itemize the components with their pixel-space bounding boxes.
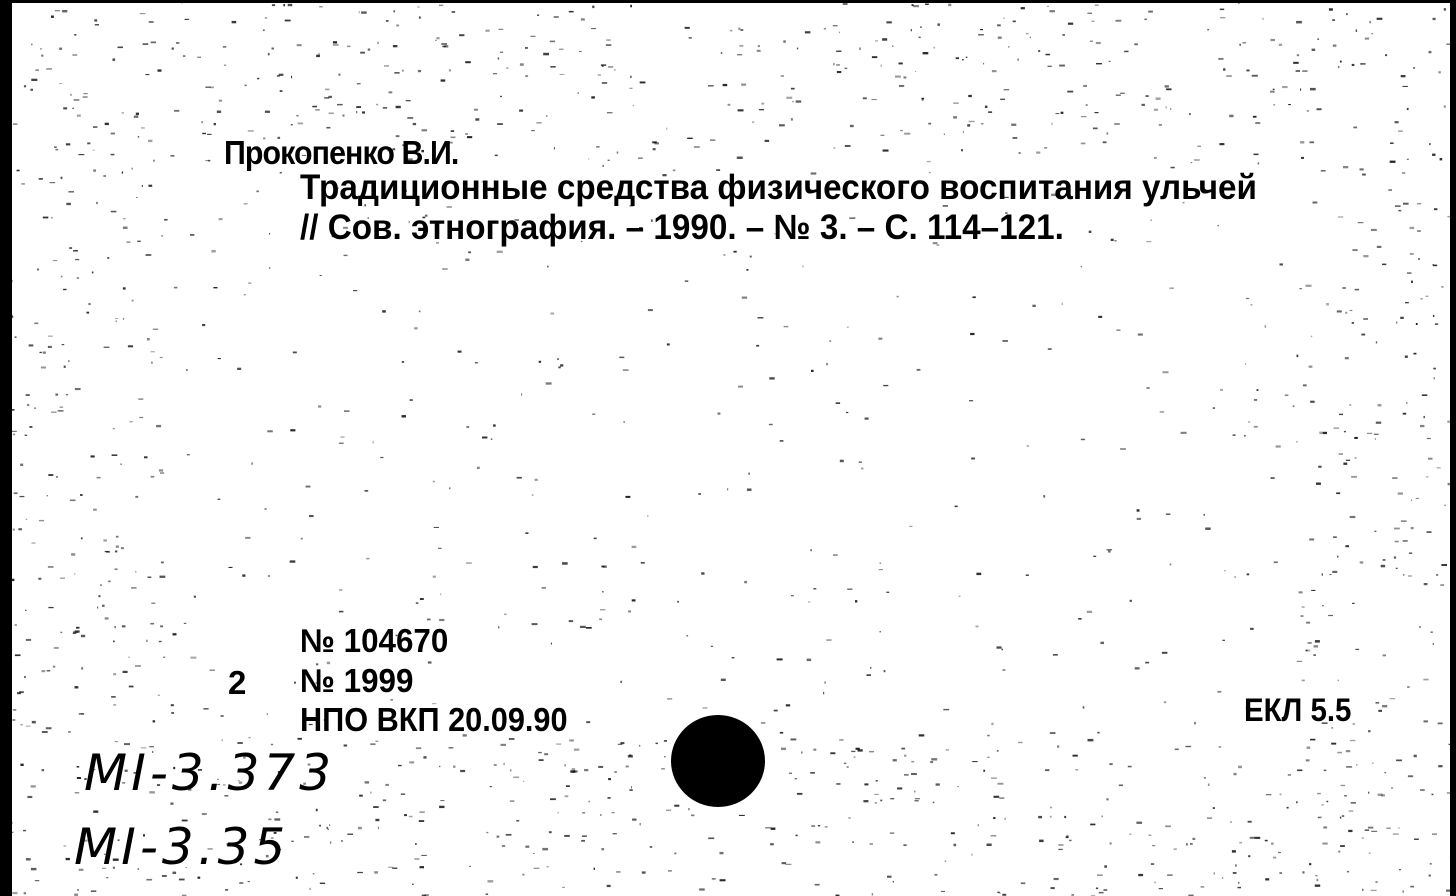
card-left-edge (0, 0, 12, 896)
card-top-edge (0, 0, 1456, 3)
registration-number: № 104670 (300, 622, 448, 660)
registration-number-secondary: № 1999 (300, 662, 413, 700)
classification-code: ЕКЛ 5.5 (1244, 692, 1351, 729)
publication-source: // Сов. этнография. – 1990. – № 3. – С. … (300, 208, 1064, 248)
card-right-edge (1450, 0, 1456, 896)
catalog-card: Прокопенко В.И. Традиционные средства фи… (0, 0, 1456, 896)
punch-hole (671, 715, 765, 807)
registration-stamp: НПО ВКП 20.09.90 (300, 701, 568, 739)
handwritten-code-secondary: MI-3.35 (74, 818, 289, 876)
copies-count: 2 (228, 664, 246, 702)
work-title: Традиционные средства физического воспит… (300, 168, 1257, 208)
handwritten-code: MI-3.373 (84, 744, 335, 802)
author-name: Прокопенко В.И. (224, 134, 458, 172)
